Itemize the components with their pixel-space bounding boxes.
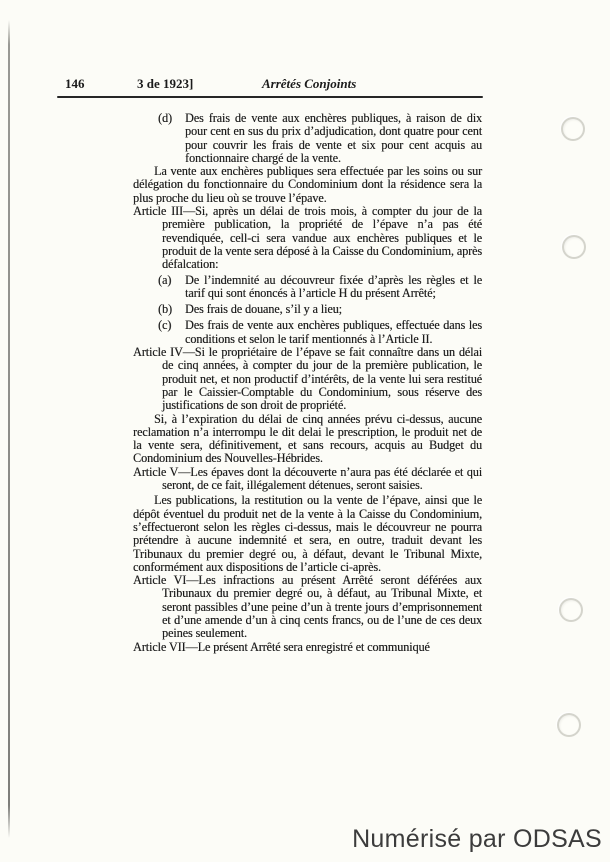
list-item-a: (a) De l’indemnité au découvreur fixée d…	[158, 274, 482, 301]
article-iv-paragraph: Article IV—Si le propriétaire de l’épave…	[133, 346, 482, 412]
document-body: (d) Des frais de vente aux enchères publ…	[133, 112, 482, 654]
paragraph-publications: Les publications, la restitution ou la v…	[133, 494, 482, 574]
list-item-d-text: Des frais de vente aux enchères publique…	[185, 112, 482, 165]
page-number: 146	[65, 76, 85, 92]
list-marker-b: (b)	[158, 303, 185, 316]
list-marker-a: (a)	[158, 274, 185, 301]
paragraph-expiration: Si, à l’expiration du délai de cinq anné…	[133, 413, 482, 466]
odsas-watermark: Numérisé par ODSAS	[352, 825, 602, 854]
list-item-b-text: Des frais de douane, s’il y a lieu;	[185, 303, 482, 316]
article-vi-paragraph: Article VI—Les infractions au présent Ar…	[133, 574, 482, 640]
list-item-c-text: Des frais de vente aux enchères publique…	[185, 319, 482, 346]
list-marker-c: (c)	[158, 319, 185, 346]
article-vii-paragraph: Article VII—Le présent Arrêté sera enreg…	[133, 641, 482, 654]
ring-binder-hole-1	[561, 117, 585, 141]
list-marker-d: (d)	[158, 112, 185, 165]
list-item-c: (c) Des frais de vente aux enchères publ…	[158, 319, 482, 346]
article-v-paragraph: Article V—Les épaves dont la découverte …	[133, 466, 482, 493]
article-iii-paragraph: Article III—Si, après un délai de trois …	[133, 205, 482, 271]
issue-reference: 3 de 1923]	[137, 76, 193, 92]
list-item-d: (d) Des frais de vente aux enchères publ…	[158, 112, 482, 165]
running-title: Arrêtés Conjoints	[262, 76, 356, 92]
scanned-document-page: 146 3 de 1923] Arrêtés Conjoints (d) Des…	[0, 0, 610, 862]
list-item-b: (b) Des frais de douane, s’il y a lieu;	[158, 303, 482, 316]
ring-binder-hole-2	[562, 235, 586, 259]
paragraph-auction-sale: La vente aux enchères publiques sera eff…	[133, 165, 482, 205]
header-rule	[57, 96, 483, 98]
ring-binder-hole-3	[559, 598, 583, 622]
ring-binder-hole-4	[557, 713, 581, 737]
list-item-a-text: De l’indemnité au découvreur fixée d’apr…	[185, 274, 482, 301]
page-edge-shadow-line	[8, 20, 10, 838]
